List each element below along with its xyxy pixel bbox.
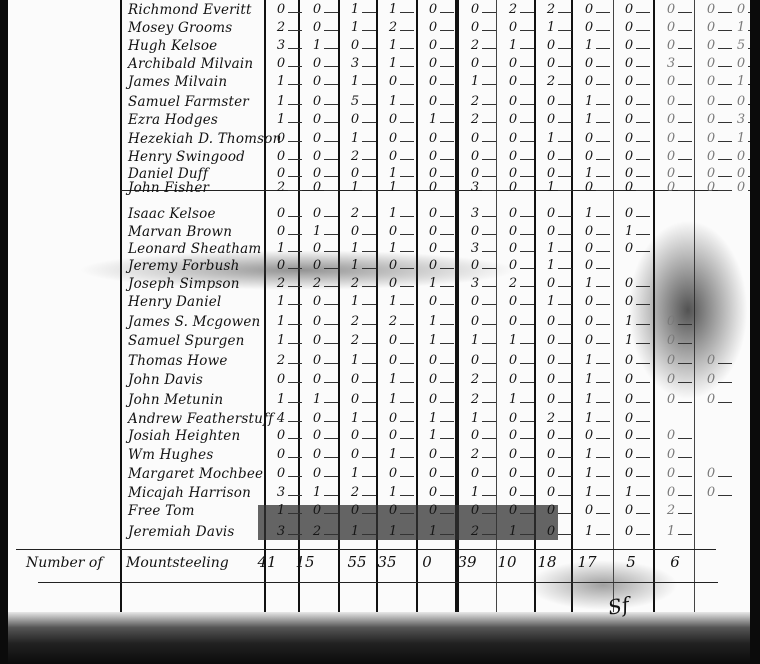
ruling-dash [440, 84, 454, 85]
tally-cell: 0 [692, 353, 730, 368]
tally-cell: 2 [652, 503, 690, 518]
ruling-dash [678, 176, 692, 177]
tally-cell: 0 [456, 503, 494, 518]
ruling-dash [440, 476, 454, 477]
ruling-dash [596, 122, 610, 123]
tally-cell: 0 [570, 258, 608, 273]
ruling-dash [596, 421, 610, 422]
ruling-dash [636, 104, 650, 105]
tally-cell: 1 [374, 166, 412, 181]
tally-cell: 0 [722, 2, 750, 17]
ruling-dash [596, 476, 610, 477]
tally-cell: 1 [374, 392, 412, 407]
ruling-dash [718, 382, 732, 383]
tally-cell: 0 [610, 428, 648, 443]
tally-cell: 0 [414, 241, 452, 256]
tally-cell: 1 [298, 38, 336, 53]
tally-cell: 0 [298, 241, 336, 256]
tally-cell: 0 [610, 276, 648, 291]
tally-cell: 1 [456, 74, 494, 89]
tally-cell: 1 [570, 485, 608, 500]
tally-cell: 0 [374, 131, 412, 146]
tally-cell: 0 [456, 258, 494, 273]
ruling-dash [596, 12, 610, 13]
tally-cell: 0 [570, 56, 608, 71]
tally-cell: 2 [374, 20, 412, 35]
ruling-dash [440, 513, 454, 514]
tally-cell: 0 [494, 428, 532, 443]
ruling-dash [678, 30, 692, 31]
tally-cell: 1 [610, 333, 648, 348]
tally-cell: 0 [494, 74, 532, 89]
ruling-dash [636, 251, 650, 252]
ruling-dash [440, 176, 454, 177]
ruling-dash [636, 30, 650, 31]
tally-cell: 0 [494, 353, 532, 368]
tally-cell: 0 [652, 372, 690, 387]
tally-cell: 1 [374, 206, 412, 221]
tally-cell: 0 [570, 294, 608, 309]
tally-cell: 0 [336, 447, 374, 462]
tally-cell: 1 [570, 112, 608, 127]
ruling-dash [636, 495, 650, 496]
tally-cell: 0 [456, 224, 494, 239]
ruling-dash [400, 402, 414, 403]
ruling-dash [400, 48, 414, 49]
ruling-dash [636, 476, 650, 477]
tally-cell: 1 [336, 180, 374, 195]
tally-cell: 0 [652, 149, 690, 164]
tally-cell: 0 [722, 94, 750, 109]
tally-cell: 1 [414, 314, 452, 329]
tally-cell: 0 [414, 466, 452, 481]
tally-cell: 2 [532, 411, 570, 426]
tally-cell: 0 [652, 38, 690, 53]
tally-cell: 0 [298, 294, 336, 309]
tally-cell: 0 [570, 20, 608, 35]
ruling-dash [596, 534, 610, 535]
ruling-dash [636, 457, 650, 458]
tally-cell: 0 [262, 447, 300, 462]
totals-bottom-rule [38, 582, 718, 583]
tally-cell: 1 [610, 224, 648, 239]
tally-cell: 0 [374, 112, 412, 127]
tally-cell: 0 [652, 74, 690, 89]
ruling-dash [440, 122, 454, 123]
tally-cell: 0 [610, 392, 648, 407]
ruling-dash [636, 402, 650, 403]
ruling-dash [636, 304, 650, 305]
tally-cell: 0 [336, 392, 374, 407]
ruling-dash [636, 234, 650, 235]
ruling-dash [596, 234, 610, 235]
tally-cell: 0 [610, 372, 648, 387]
tally-cell: 1 [298, 392, 336, 407]
scan-left-border [0, 0, 8, 664]
tally-cell: 1 [374, 485, 412, 500]
ruling-dash [718, 476, 732, 477]
tally-cell: 0 [652, 466, 690, 481]
tally-cell: 0 [532, 333, 570, 348]
ruling-dash [636, 176, 650, 177]
tally-cell: 0 [414, 392, 452, 407]
tally-cell: 0 [610, 447, 648, 462]
tally-cell: 1 [414, 112, 452, 127]
total-cell: 35 [368, 553, 406, 571]
tally-cell: 0 [298, 166, 336, 181]
tally-cell: 2 [298, 524, 336, 539]
tally-cell: 0 [610, 411, 648, 426]
tally-cell: 1 [570, 447, 608, 462]
ruling-dash [636, 190, 650, 191]
tally-cell: 0 [374, 276, 412, 291]
ruling-dash [636, 534, 650, 535]
tally-cell: 1 [722, 131, 750, 146]
tally-cell: 2 [456, 524, 494, 539]
tally-cell: 0 [414, 447, 452, 462]
ruling-dash [400, 176, 414, 177]
resident-name: Andrew Featherstuff [128, 411, 278, 427]
tally-cell: 0 [456, 166, 494, 181]
tally-cell: 1 [414, 428, 452, 443]
tally-cell: 0 [570, 224, 608, 239]
tally-cell: 0 [414, 224, 452, 239]
tally-cell: 0 [298, 258, 336, 273]
tally-cell: 1 [336, 258, 374, 273]
tally-cell: 1 [298, 224, 336, 239]
tally-cell: 0 [652, 314, 690, 329]
resident-name: Hugh Kelsoe [128, 38, 278, 54]
ruling-dash [400, 104, 414, 105]
tally-cell: 1 [652, 524, 690, 539]
tally-cell: 0 [532, 314, 570, 329]
ruling-dash [678, 122, 692, 123]
ruling-dash [596, 30, 610, 31]
tally-cell: 1 [336, 131, 374, 146]
tally-cell: 1 [532, 131, 570, 146]
ruling-dash [678, 84, 692, 85]
ruling-dash [596, 324, 610, 325]
resident-name: Micajah Harrison [128, 485, 278, 501]
tally-cell: 1 [336, 353, 374, 368]
tally-cell: 1 [262, 503, 300, 518]
resident-name: James Milvain [128, 74, 278, 90]
tally-cell: 0 [262, 466, 300, 481]
tally-cell: 0 [532, 112, 570, 127]
tally-cell: 1 [570, 411, 608, 426]
tally-cell: 1 [336, 294, 374, 309]
tally-cell: 0 [298, 20, 336, 35]
tally-cell: 0 [336, 166, 374, 181]
ruling-dash [400, 421, 414, 422]
tally-cell: 3 [456, 241, 494, 256]
scan-bottom-shadow [8, 612, 750, 664]
tally-cell: 2 [336, 485, 374, 500]
tally-cell: 0 [532, 466, 570, 481]
tally-cell: 0 [298, 314, 336, 329]
tally-cell: 0 [494, 180, 532, 195]
tally-cell: 2 [532, 74, 570, 89]
tally-cell: 2 [456, 94, 494, 109]
tally-cell: 0 [532, 166, 570, 181]
tally-cell: 0 [298, 372, 336, 387]
tally-cell: 0 [298, 112, 336, 127]
ruling-dash [636, 159, 650, 160]
tally-cell: 0 [336, 372, 374, 387]
tally-cell: 0 [652, 180, 690, 195]
ruling-dash [596, 495, 610, 496]
tally-cell: 0 [722, 56, 750, 71]
tally-cell: 0 [494, 314, 532, 329]
resident-name: John Metunin [128, 392, 278, 408]
ruling-dash [678, 402, 692, 403]
tally-cell: 1 [570, 353, 608, 368]
tally-cell: 0 [494, 56, 532, 71]
ruling-dash [596, 216, 610, 217]
ruling-dash [636, 48, 650, 49]
tally-cell: 1 [532, 180, 570, 195]
tally-cell: 3 [336, 56, 374, 71]
tally-cell: 2 [336, 314, 374, 329]
ruling-dash [440, 495, 454, 496]
tally-cell: 1 [374, 294, 412, 309]
tally-cell: 1 [414, 333, 452, 348]
tally-cell: 0 [494, 411, 532, 426]
tally-cell: 2 [336, 276, 374, 291]
ruling-dash [400, 12, 414, 13]
tally-cell: 0 [532, 353, 570, 368]
ruling-dash [596, 190, 610, 191]
ruling-dash [400, 382, 414, 383]
ruling-dash [596, 343, 610, 344]
ruling-dash [440, 457, 454, 458]
tally-cell: 2 [336, 333, 374, 348]
ruling-dash [440, 12, 454, 13]
tally-cell: 0 [532, 524, 570, 539]
resident-name: Jeremy Forbush [128, 258, 278, 274]
ruling-dash [400, 234, 414, 235]
tally-cell: 3 [262, 524, 300, 539]
tally-cell: 0 [532, 38, 570, 53]
resident-name: Samuel Spurgen [128, 333, 278, 349]
tally-cell: 2 [298, 276, 336, 291]
tally-cell: 0 [494, 206, 532, 221]
ruling-dash [400, 343, 414, 344]
tally-cell: 0 [532, 485, 570, 500]
ruling-dash [596, 84, 610, 85]
tally-cell: 0 [414, 38, 452, 53]
tally-cell: 4 [262, 411, 300, 426]
tally-cell: 0 [652, 428, 690, 443]
ruling-dash [718, 363, 732, 364]
tally-cell: 0 [414, 74, 452, 89]
tally-cell: 1 [374, 180, 412, 195]
ruling-dash [678, 12, 692, 13]
tally-cell: 0 [414, 94, 452, 109]
tally-cell: 1 [532, 294, 570, 309]
ruling-dash [678, 48, 692, 49]
ruling-dash [440, 268, 454, 269]
tally-cell: 1 [570, 372, 608, 387]
totals-label-place: Mountsteeling [126, 555, 229, 571]
tally-cell: 1 [722, 20, 750, 35]
tally-cell: 0 [532, 224, 570, 239]
tally-cell: 0 [414, 131, 452, 146]
ruling-dash [440, 304, 454, 305]
tally-cell: 1 [610, 314, 648, 329]
tally-cell: 0 [414, 149, 452, 164]
ruling-dash [636, 216, 650, 217]
totals-top-rule [16, 549, 716, 550]
resident-name: Richmond Everitt [128, 2, 278, 18]
tally-cell: 0 [262, 224, 300, 239]
total-cell: 39 [448, 553, 486, 571]
tally-cell: 0 [298, 2, 336, 17]
ruling-dash [440, 534, 454, 535]
tally-cell: 0 [414, 485, 452, 500]
resident-name: John Fisher [128, 180, 278, 196]
tally-cell: 0 [456, 56, 494, 71]
ruling-dash [596, 141, 610, 142]
ruling-dash [636, 122, 650, 123]
ruling-dash [596, 304, 610, 305]
ruling-dash [678, 457, 692, 458]
tally-cell: 0 [336, 112, 374, 127]
ruling-dash [596, 438, 610, 439]
tally-cell: 0 [262, 56, 300, 71]
tally-cell: 0 [494, 241, 532, 256]
tally-cell: 1 [456, 485, 494, 500]
ruling-dash [440, 234, 454, 235]
tally-cell: 1 [494, 524, 532, 539]
tally-cell: 0 [298, 466, 336, 481]
ruling-dash [400, 324, 414, 325]
tally-cell: 1 [336, 20, 374, 35]
tally-cell: 1 [374, 94, 412, 109]
tally-cell: 1 [414, 411, 452, 426]
tally-cell: 0 [610, 294, 648, 309]
tally-cell: 1 [570, 392, 608, 407]
ruling-dash [440, 363, 454, 364]
tally-cell: 2 [494, 276, 532, 291]
tally-cell: 0 [494, 503, 532, 518]
tally-cell: 0 [494, 258, 532, 273]
tally-cell: 0 [298, 206, 336, 221]
ruling-dash [678, 104, 692, 105]
tally-cell: 0 [298, 180, 336, 195]
tally-cell: 0 [456, 2, 494, 17]
ruling-dash [400, 304, 414, 305]
tally-cell: 1 [336, 241, 374, 256]
tally-cell: 3 [262, 38, 300, 53]
tally-cell: 0 [532, 276, 570, 291]
resident-name: Archibald Milvain [128, 56, 278, 72]
tally-cell: 0 [722, 149, 750, 164]
tally-cell: 0 [652, 485, 690, 500]
tally-cell: 0 [414, 503, 452, 518]
tally-cell: 2 [456, 38, 494, 53]
tally-cell: 5 [722, 38, 750, 53]
tally-cell: 0 [570, 314, 608, 329]
ruling-dash [400, 438, 414, 439]
tally-cell: 1 [374, 241, 412, 256]
tally-cell: 0 [652, 112, 690, 127]
tally-cell: 0 [610, 466, 648, 481]
tally-cell: 0 [298, 149, 336, 164]
scan-right-border [750, 0, 760, 664]
ruling-dash [596, 251, 610, 252]
ruling-dash [440, 66, 454, 67]
ruling-dash [596, 268, 610, 269]
tally-cell: 2 [532, 2, 570, 17]
tally-cell: 0 [494, 224, 532, 239]
resident-name: Mosey Grooms [128, 20, 278, 36]
ruling-dash [596, 66, 610, 67]
marginal-signature: Sf [606, 592, 631, 619]
ruling-dash [440, 48, 454, 49]
resident-name: Henry Swingood [128, 149, 278, 165]
tally-cell: 0 [692, 466, 730, 481]
ruling-dash [400, 513, 414, 514]
tally-cell: 0 [414, 2, 452, 17]
tally-cell: 1 [532, 241, 570, 256]
tally-cell: 1 [374, 447, 412, 462]
tally-cell: 0 [532, 206, 570, 221]
tally-cell: 0 [610, 206, 648, 221]
tally-cell: 1 [262, 241, 300, 256]
resident-name: Samuel Farmster [128, 94, 278, 110]
tally-cell: 0 [298, 131, 336, 146]
ruling-dash [636, 141, 650, 142]
ruling-dash [678, 476, 692, 477]
ruling-dash [440, 141, 454, 142]
tally-cell: 0 [298, 333, 336, 348]
ruling-dash [636, 12, 650, 13]
tally-cell: 0 [494, 485, 532, 500]
tally-cell: 0 [652, 447, 690, 462]
ruling-dash [440, 30, 454, 31]
tally-cell: 1 [262, 314, 300, 329]
tally-cell: 0 [456, 466, 494, 481]
tally-cell: 0 [414, 180, 452, 195]
tally-cell: 0 [722, 180, 750, 195]
tally-cell: 0 [298, 56, 336, 71]
ruling-dash [678, 513, 692, 514]
tally-cell: 0 [414, 166, 452, 181]
tally-cell: 1 [570, 524, 608, 539]
resident-name: Hezekiah D. Thomson [128, 131, 278, 147]
tally-cell: 0 [336, 38, 374, 53]
tally-cell: 0 [494, 166, 532, 181]
tally-cell: 1 [262, 112, 300, 127]
tally-cell: 1 [262, 74, 300, 89]
ruling-dash [636, 382, 650, 383]
tally-cell: 2 [456, 447, 494, 462]
tally-cell: 1 [414, 276, 452, 291]
ruling-dash [400, 159, 414, 160]
tally-cell: 0 [456, 428, 494, 443]
tally-cell: 0 [298, 428, 336, 443]
name-column-left-rule [120, 0, 122, 620]
tally-cell: 0 [570, 2, 608, 17]
ruling-dash [400, 216, 414, 217]
ruling-dash [400, 363, 414, 364]
total-cell: 5 [612, 553, 650, 571]
ruling-dash [440, 324, 454, 325]
tally-cell: 0 [414, 206, 452, 221]
ruling-dash [678, 159, 692, 160]
resident-name: Jeremiah Davis [128, 524, 278, 540]
